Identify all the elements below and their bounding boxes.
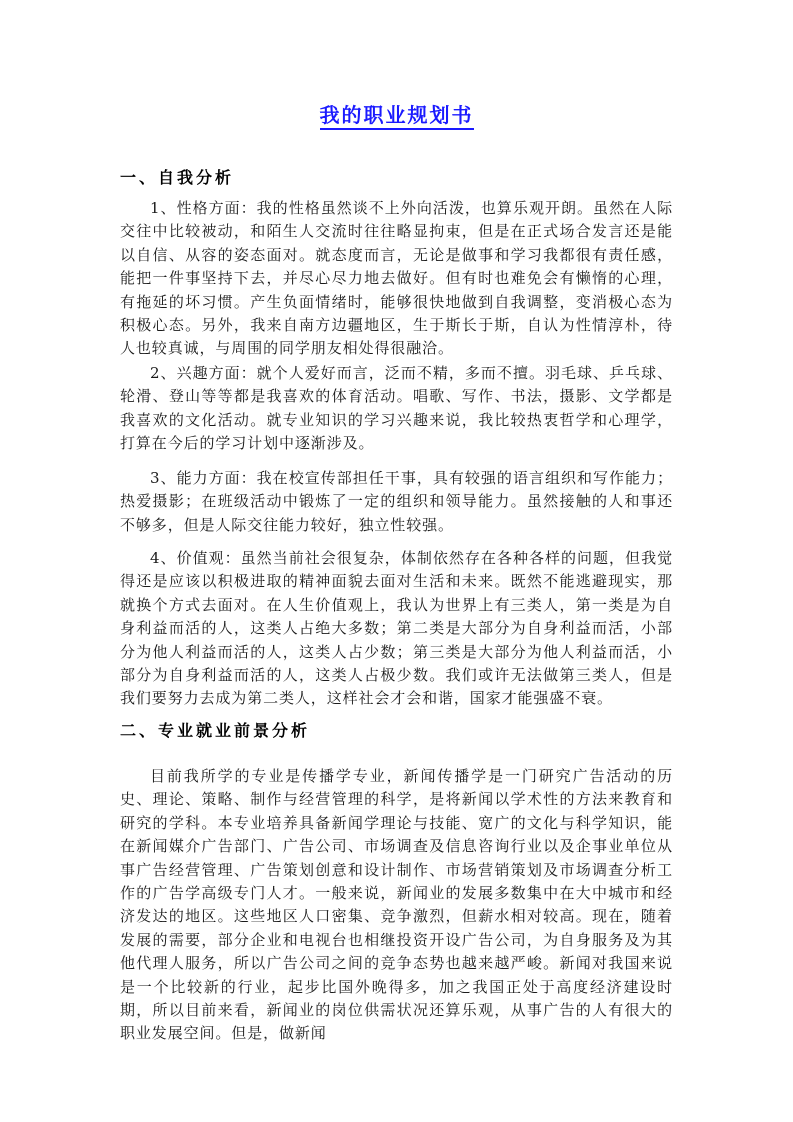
paragraph-values: 4、价值观：虽然当前社会很复杂，体制依然存在各种各样的问题，但我觉得还是应该以积… — [120, 547, 673, 711]
document-title-text: 我的职业规划书 — [320, 103, 474, 130]
paragraph-interests: 2、兴趣方面：就个人爱好而言，泛而不精，多而不擅。羽毛球、乒乓球、轮滑、登山等等… — [120, 362, 673, 456]
document-title: 我的职业规划书 — [120, 101, 673, 129]
paragraph-major-analysis: 目前我所学的专业是传播学专业，新闻传播学是一门研究广告活动的历史、理论、策略、制… — [120, 765, 673, 1046]
section-heading-self-analysis: 一、自我分析 — [120, 167, 234, 189]
section-heading-career-prospects: 二、专业就业前景分析 — [120, 720, 310, 742]
paragraph-personality: 1、性格方面：我的性格虽然谈不上外向活泼，也算乐观开朗。虽然在人际交往中比较被动… — [120, 197, 673, 361]
paragraph-abilities: 3、能力方面：我在校宣传部担任干事，具有较强的语言组织和写作能力；热爱摄影；在班… — [120, 467, 673, 537]
